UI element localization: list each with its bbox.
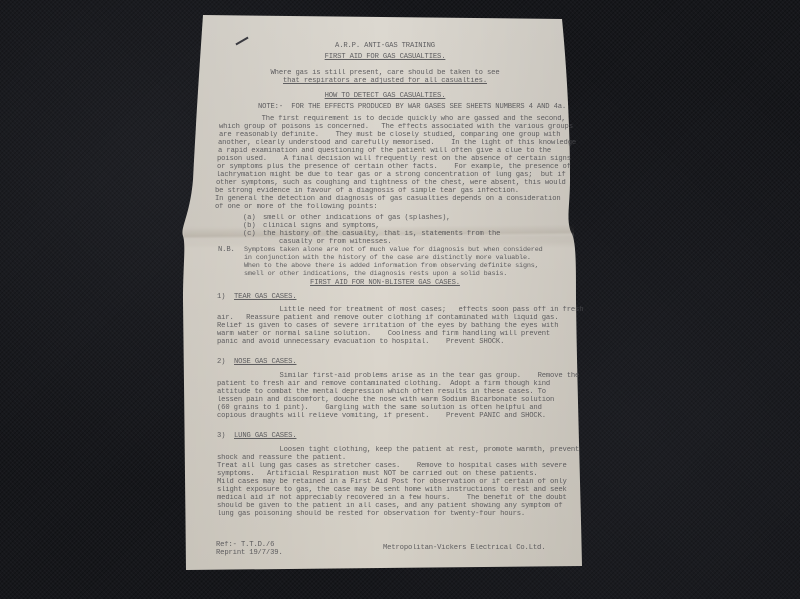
paragraph-line: poison used. A final decision will frequ…: [217, 155, 571, 163]
nb-line: Symptoms taken alone are not of much val…: [244, 246, 543, 254]
paragraph-line: another, clearly understood and carefull…: [218, 139, 576, 147]
paragraph-line: In general the detection and diagnosis o…: [215, 195, 561, 203]
section-title-first-aid: FIRST AID FOR NON-BLISTER GAS CASES.: [190, 279, 580, 287]
paragraph-line: be strong evidence in favour of a diagno…: [215, 187, 519, 195]
section-title: TEAR GAS CASES.: [234, 293, 296, 301]
nb-line: smell or other indications, the diagnosi…: [244, 270, 507, 278]
section-line: Loosen tight clothing, keep the patient …: [217, 446, 579, 454]
section-line: should be given to the patient in all ca…: [217, 502, 563, 510]
paragraph-line: a rapid examination and questioning of t…: [218, 147, 551, 155]
list-marker: (b): [243, 222, 256, 230]
paragraph-line: The first requirement is to decide quick…: [220, 115, 566, 123]
nb-line: When to the above there is added informa…: [244, 262, 539, 270]
section-line: slight exposure to gas, the case may be …: [217, 486, 567, 494]
section-line: Treat all lung gas cases as stretcher ca…: [217, 462, 567, 470]
footer-reprint: Reprint 19/7/39.: [216, 549, 283, 557]
section-number: 1): [217, 293, 225, 301]
paragraph-line: or symptoms plus the presence of certain…: [217, 163, 571, 171]
list-marker: (a): [243, 214, 256, 222]
section-line: attitude to combat the mental depression…: [217, 388, 546, 396]
document-page: A.R.P. ANTI-GAS TRAINING FIRST AID FOR G…: [0, 0, 800, 599]
section-line: Mild cases may be retained in a First Ai…: [217, 478, 567, 486]
section-line: patient to fresh air and remove contamin…: [217, 380, 550, 388]
list-text: smell or other indications of gas (splas…: [263, 214, 450, 222]
paragraph-line: other symptoms, such as coughing and tig…: [216, 179, 566, 187]
nb-marker: N.B.: [218, 246, 235, 254]
footer-company: Metropolitan-Vickers Electrical Co.Ltd.: [383, 544, 545, 552]
section-line: lung gas poisoning should be rested for …: [217, 510, 525, 518]
section-line: Little need for treatment of most cases;…: [217, 306, 583, 314]
section-line: lessen pain and discomfort, douche the n…: [217, 396, 554, 404]
section-number: 2): [217, 358, 225, 366]
section-line: Similar first-aid problems arise as in t…: [217, 372, 579, 380]
paragraph-line: lachrymation might be due to tear gas or…: [216, 171, 566, 179]
section-line: medical aid if not appreciably recovered…: [217, 494, 567, 502]
section-line: panic and avoid unnecessary evacuation t…: [217, 338, 504, 346]
section-line: shock and reassure the patient.: [217, 454, 346, 462]
section-number: 3): [217, 432, 225, 440]
footer-ref: Ref:- T.T.D./6: [216, 541, 274, 549]
nb-line: in conjunction with the history of the c…: [244, 254, 531, 262]
list-text: clinical signs and symptoms,: [263, 222, 380, 230]
section-line: (60 grains to 1 pint). Gargling with the…: [217, 404, 542, 412]
list-text: the history of the casualty, that is, st…: [263, 230, 500, 238]
intro-line-1: Where gas is still present, care should …: [200, 69, 570, 77]
list-marker: (c): [243, 230, 256, 238]
note-line: NOTE:- FOR THE EFFECTS PRODUCED BY WAR G…: [258, 103, 566, 111]
section-line: Relief is given to cases of severe irrit…: [217, 322, 558, 330]
section-line: air. Reassure patient and remove outer c…: [217, 314, 558, 322]
section-title: LUNG GAS CASES.: [234, 432, 296, 440]
section-line: warm water or normal saline solution. Co…: [217, 330, 550, 338]
paragraph-line: of one or more of the following points:: [215, 203, 377, 211]
paragraph-line: which group of poisons is concerned. The…: [219, 123, 573, 131]
section-line: copious draughts will relieve vomiting, …: [217, 412, 546, 420]
list-text: casualty or from witnesses.: [279, 238, 391, 246]
header-subtitle: FIRST AID FOR GAS CASUALTIES.: [200, 53, 570, 61]
section-line: symptoms. Artificial Respiration must NO…: [217, 470, 538, 478]
paragraph-line: are reasonably definite. They must be cl…: [219, 131, 560, 139]
header-title: A.R.P. ANTI-GAS TRAINING: [200, 42, 570, 50]
section-title-detect: HOW TO DETECT GAS CASUALTIES.: [200, 92, 570, 100]
intro-line-2: that respirators are adjusted for all ca…: [200, 77, 570, 85]
section-title: NOSE GAS CASES.: [234, 358, 296, 366]
